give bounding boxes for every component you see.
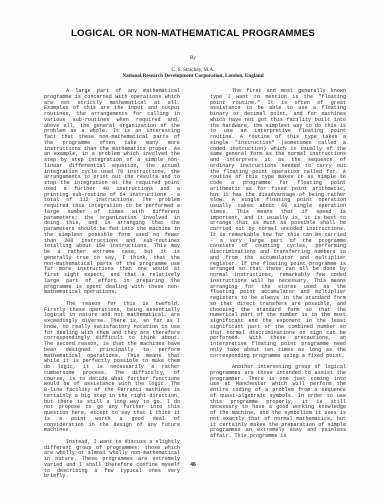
author-affiliation: National Research Development Corporatio… xyxy=(0,73,386,79)
paragraph: Another interesting group of logical pro… xyxy=(210,365,346,440)
byline: By xyxy=(0,55,386,61)
left-column: A large part of any mathematical program… xyxy=(44,89,180,486)
right-column: The first and most generally known type … xyxy=(210,89,346,446)
paragraph: The reason for this is twofold. Firstly … xyxy=(44,302,180,434)
paragraph: Instead, I want to discuss a slightly di… xyxy=(44,440,180,480)
paragraph: The first and most generally known type … xyxy=(210,89,346,359)
paper-page: LOGICAL OR NON-MATHEMATICAL PROGRAMMES B… xyxy=(0,0,386,500)
page-number: 46 xyxy=(0,462,386,468)
paragraph: A large part of any mathematical program… xyxy=(44,89,180,296)
paper-title: LOGICAL OR NON-MATHEMATICAL PROGRAMMES xyxy=(0,28,386,39)
